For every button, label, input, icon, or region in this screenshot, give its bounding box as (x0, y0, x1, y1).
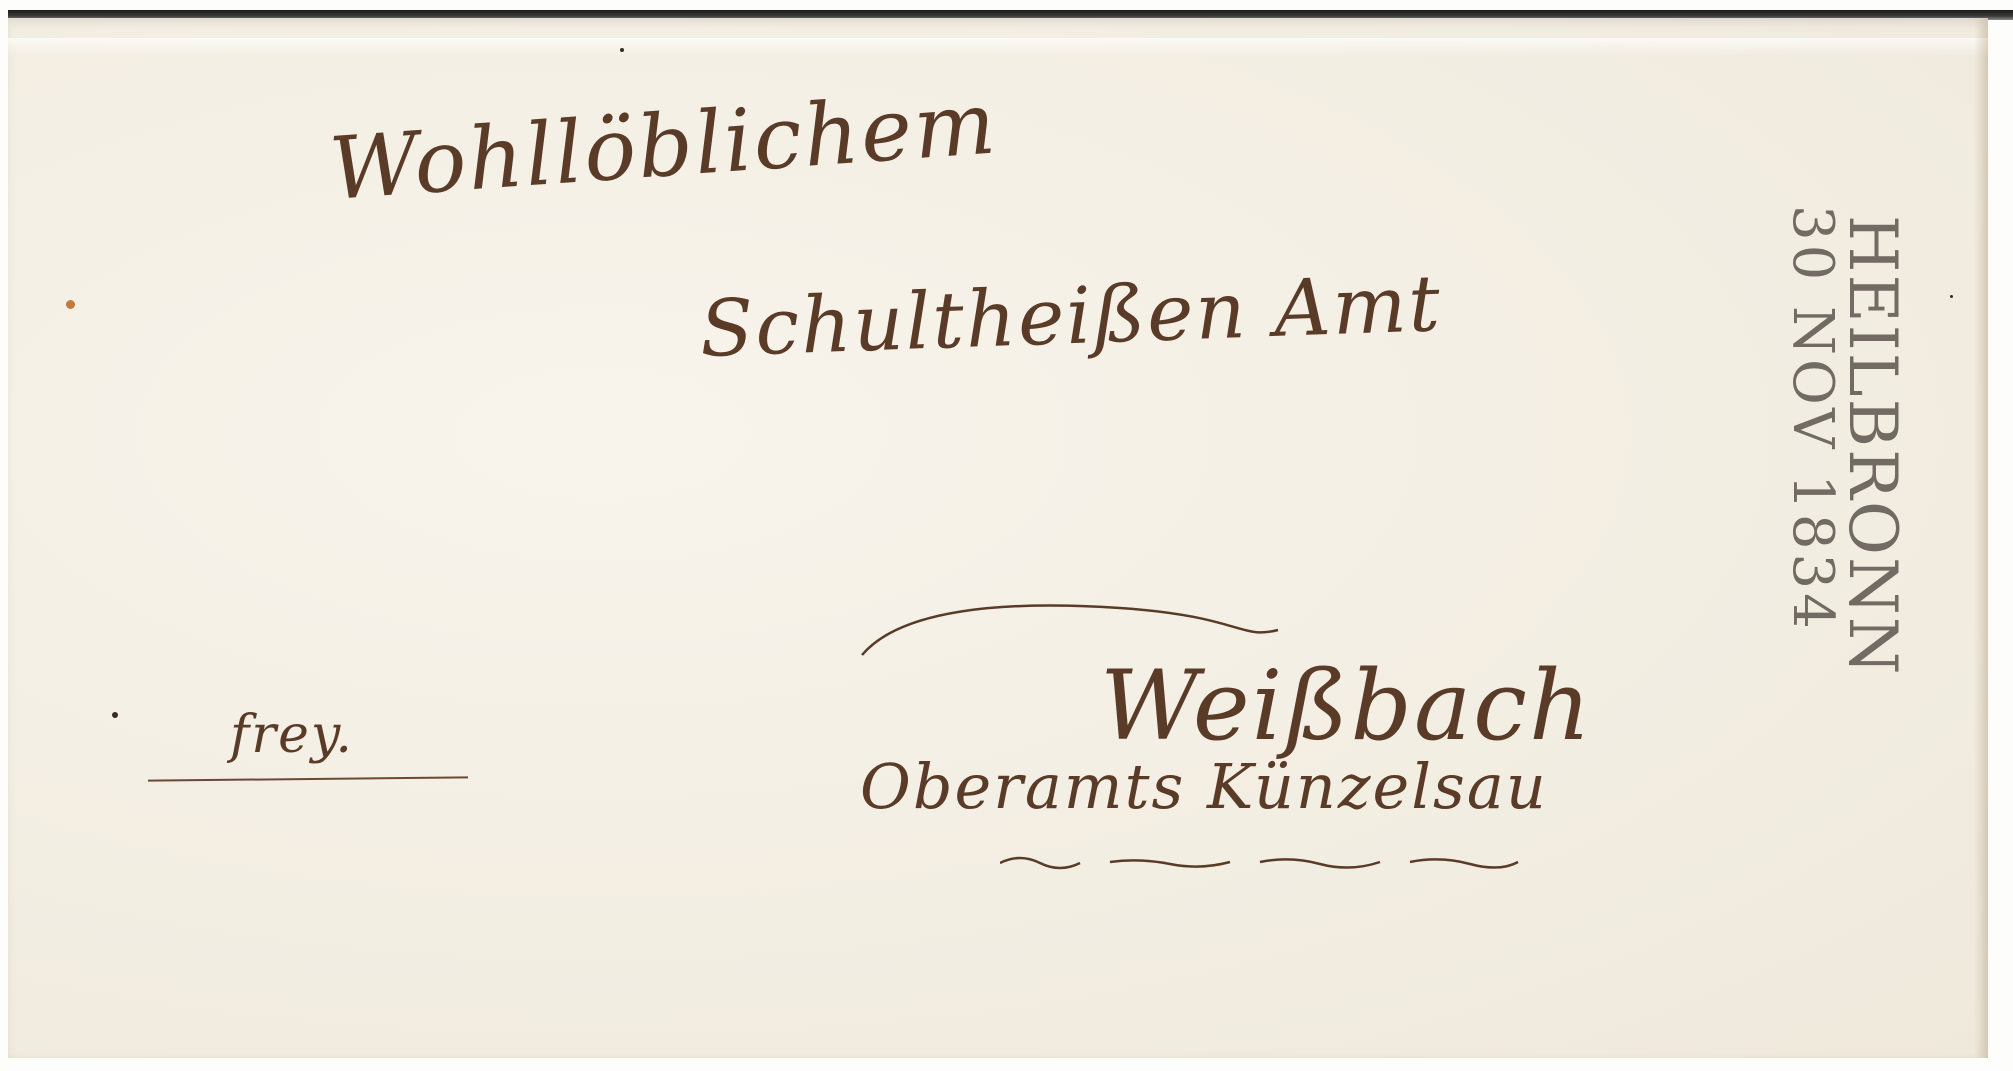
postage-paid-note: frey. (230, 705, 354, 765)
district-underline-squiggle (1000, 848, 1520, 878)
postmark-date: 30 NOV 1834 (1784, 205, 1840, 725)
ink-speck (1950, 295, 1953, 298)
foxing-spot (66, 300, 75, 309)
envelope-cover (8, 18, 1988, 1058)
address-district: Oberamts Künzelsau (860, 750, 1548, 823)
envelope-right-edge (1974, 18, 1988, 1058)
scan-canvas: Wohllöblichem Schultheißen Amt Weißbach … (0, 0, 2013, 1071)
fold-crease (8, 38, 1988, 56)
ink-speck (112, 712, 118, 718)
address-place: Weißbach (1100, 650, 1593, 762)
ink-speck (620, 48, 624, 52)
postmark-town: HEILBRONN (1839, 215, 1905, 735)
